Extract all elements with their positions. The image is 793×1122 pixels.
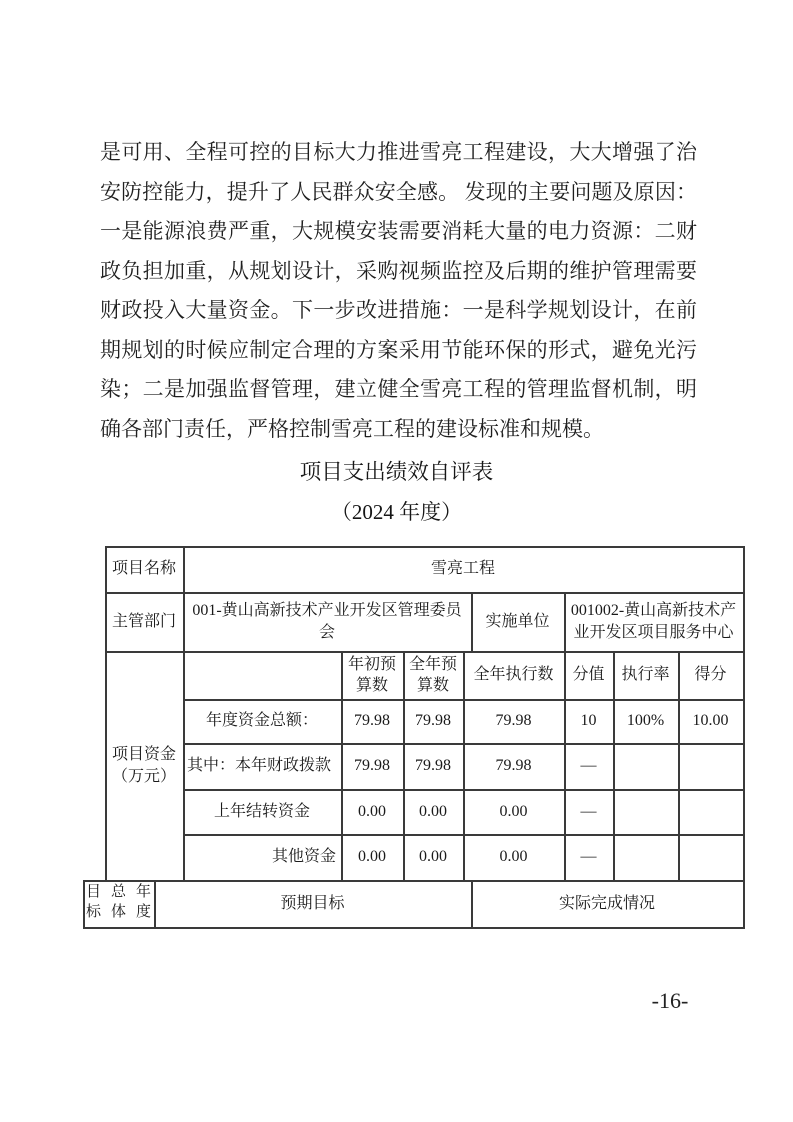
body-paragraph: 是可用、全程可控的目标大力推进雪亮工程建设，大大增强了治 安防控能力，提升了人民… <box>100 133 697 449</box>
row-label-fiscal-allocation: 其中：本年财政拨款 <box>183 743 341 789</box>
header-execution-rate: 执行率 <box>613 651 678 699</box>
document-page: 是可用、全程可控的目标大力推进雪亮工程建设，大大增强了治 安防控能力，提升了人民… <box>0 0 793 1122</box>
cell-actual-completion-header: 实际完成情况 <box>471 880 743 927</box>
cell-expected-goal-header: 预期目标 <box>154 880 471 927</box>
row-label-total-funds: 年度资金总额： <box>183 699 341 743</box>
cell-dept-name: 001-黄山高新技术产业开发区管理委员会 <box>183 592 471 651</box>
value-cell <box>678 834 743 880</box>
value-cell: 79.98 <box>403 699 463 743</box>
cell-dept-label: 主管部门 <box>105 592 183 651</box>
table-title: 项目支出绩效自评表 <box>0 452 793 492</box>
header-year-begin-budget: 年初预算数 <box>341 651 403 699</box>
value-cell: 10 <box>564 699 613 743</box>
paragraph-line: 染；二是加强监督管理，建立健全雪亮工程的管理监督机制，明 <box>100 370 697 410</box>
header-score: 得分 <box>678 651 743 699</box>
paragraph-line: 政负担加重，从规划设计，采购视频监控及后期的维护管理需要 <box>100 252 697 292</box>
value-cell: 0.00 <box>463 834 564 880</box>
table-year-subtitle: （2024 年度） <box>0 492 793 532</box>
value-cell: — <box>564 743 613 789</box>
value-cell: 100% <box>613 699 678 743</box>
row-label-carryover-funds: 上年结转资金 <box>183 789 341 834</box>
value-cell: 79.98 <box>463 743 564 789</box>
row-label-other-funds: 其他资金 <box>183 834 341 880</box>
header-full-year-execution: 全年执行数 <box>463 651 564 699</box>
value-cell <box>613 743 678 789</box>
value-cell: — <box>564 834 613 880</box>
paragraph-line: 确各部门责任，严格控制雪亮工程的建设标准和规模。 <box>100 410 697 450</box>
value-cell: 0.00 <box>463 789 564 834</box>
value-cell: — <box>564 789 613 834</box>
cell-impl-label: 实施单位 <box>471 592 564 651</box>
paragraph-line: 是可用、全程可控的目标大力推进雪亮工程建设，大大增强了治 <box>100 133 697 173</box>
paragraph-line: 财政投入大量资金。下一步改进措施：一是科学规划设计，在前 <box>100 291 697 331</box>
cell-funds-group-label: 项目资金（万元） <box>105 651 183 880</box>
value-cell: 79.98 <box>341 699 403 743</box>
cell-annual-goal-label: 年度总体目标 <box>83 880 154 927</box>
value-cell <box>613 834 678 880</box>
cell-project-name-label: 项目名称 <box>105 546 183 592</box>
value-cell <box>678 743 743 789</box>
paragraph-line: 一是能源浪费严重，大规模安装需要消耗大量的电力资源：二财 <box>100 212 697 252</box>
paragraph-line: 期规划的时候应制定合理的方案采用节能环保的形式，避免光污 <box>100 331 697 371</box>
cell-project-name: 雪亮工程 <box>183 546 743 592</box>
value-cell: 0.00 <box>403 834 463 880</box>
paragraph-line: 安防控能力，提升了人民群众安全感。 发现的主要问题及原因： <box>100 173 697 213</box>
value-cell: 10.00 <box>678 699 743 743</box>
value-cell: 0.00 <box>341 834 403 880</box>
value-cell: 79.98 <box>403 743 463 789</box>
value-cell <box>613 789 678 834</box>
cell-impl-name: 001002-黄山高新技术产业开发区项目服务中心 <box>564 592 743 651</box>
value-cell: 79.98 <box>341 743 403 789</box>
value-cell: 0.00 <box>341 789 403 834</box>
value-cell: 0.00 <box>403 789 463 834</box>
value-cell: 79.98 <box>463 699 564 743</box>
page-number: -16- <box>620 989 720 1013</box>
header-full-year-budget: 全年预算数 <box>403 651 463 699</box>
value-cell <box>678 789 743 834</box>
header-score-weight: 分值 <box>564 651 613 699</box>
